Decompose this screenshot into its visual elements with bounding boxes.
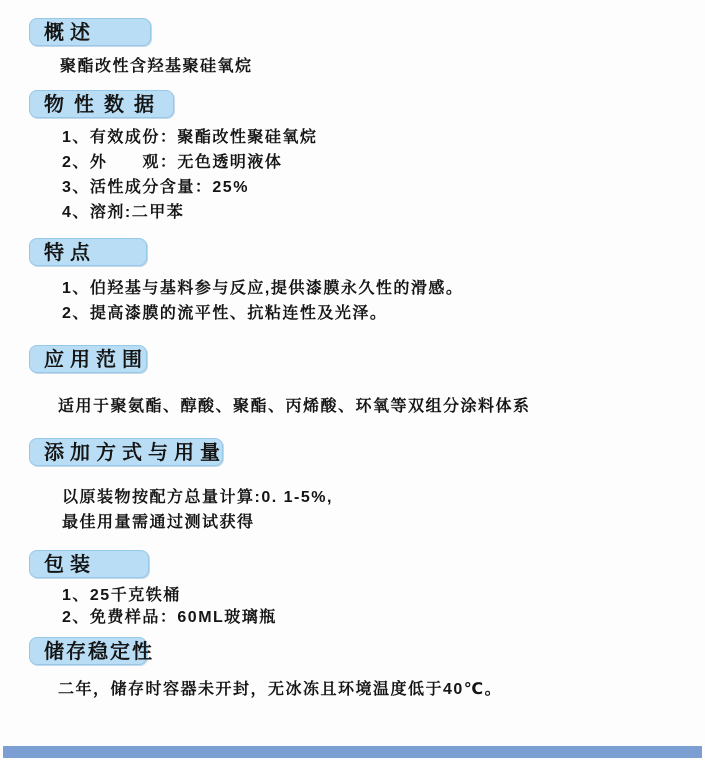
section-title-dosage: 添加方式与用量 — [29, 438, 223, 466]
section-title-features: 特点 — [29, 238, 147, 266]
footer-divider-bar — [3, 746, 702, 758]
body-line: 1、25千克铁桶 — [62, 585, 695, 607]
product-datasheet-page: { "colors": { "header_bg": "#b9ddf4", "h… — [0, 0, 705, 760]
section-body-physical-data: 1、有效成份：聚酯改性聚硅氧烷 2、外 观：无色透明液体 3、活性成分含量：25… — [29, 125, 695, 225]
body-line: 二年，储存时容器未开封，无冰冻且环境温度低于40℃。 — [58, 677, 695, 702]
body-line: 2、提高漆膜的流平性、抗粘连性及光泽。 — [62, 301, 695, 326]
section-body-storage-stability: 二年，储存时容器未开封，无冰冻且环境温度低于40℃。 — [29, 677, 695, 702]
section-title-packaging: 包装 — [29, 550, 149, 578]
section-physical-data: 物性数据 1、有效成份：聚酯改性聚硅氧烷 2、外 观：无色透明液体 3、活性成分… — [29, 90, 695, 225]
section-packaging: 包装 1、25千克铁桶 2、免费样品：60ML玻璃瓶 — [29, 550, 695, 629]
body-line: 1、有效成份：聚酯改性聚硅氧烷 — [62, 125, 695, 150]
section-storage-stability: 储存稳定性 二年，储存时容器未开封，无冰冻且环境温度低于40℃。 — [29, 637, 695, 702]
section-body-application-range: 适用于聚氨酯、醇酸、聚酯、丙烯酸、环氧等双组分涂料体系 — [29, 394, 695, 419]
section-body-features: 1、伯羟基与基料参与反应,提供漆膜永久性的滑感。 2、提高漆膜的流平性、抗粘连性… — [29, 276, 695, 326]
body-line: 3、活性成分含量：25% — [62, 175, 695, 200]
section-dosage: 添加方式与用量 以原装物按配方总量计算:0. 1-5%, 最佳用量需通过测试获得 — [29, 438, 695, 535]
section-body-overview: 聚酯改性含羟基聚硅氧烷 — [29, 54, 695, 79]
section-overview: 概述 聚酯改性含羟基聚硅氧烷 — [29, 18, 695, 79]
body-line: 以原装物按配方总量计算:0. 1-5%, — [62, 485, 695, 510]
section-application-range: 应用范围 适用于聚氨酯、醇酸、聚酯、丙烯酸、环氧等双组分涂料体系 — [29, 345, 695, 419]
body-line: 适用于聚氨酯、醇酸、聚酯、丙烯酸、环氧等双组分涂料体系 — [58, 394, 695, 419]
section-body-packaging: 1、25千克铁桶 2、免费样品：60ML玻璃瓶 — [29, 585, 695, 629]
section-title-storage-stability: 储存稳定性 — [29, 637, 147, 665]
section-title-application-range: 应用范围 — [29, 345, 147, 373]
body-line: 2、外 观：无色透明液体 — [62, 150, 695, 175]
section-title-overview: 概述 — [29, 18, 151, 46]
section-title-physical-data: 物性数据 — [29, 90, 174, 118]
body-line: 聚酯改性含羟基聚硅氧烷 — [60, 54, 695, 79]
body-line: 4、溶剂:二甲苯 — [62, 200, 695, 225]
body-line: 最佳用量需通过测试获得 — [62, 510, 695, 535]
body-line: 1、伯羟基与基料参与反应,提供漆膜永久性的滑感。 — [62, 276, 695, 301]
section-features: 特点 1、伯羟基与基料参与反应,提供漆膜永久性的滑感。 2、提高漆膜的流平性、抗… — [29, 238, 695, 326]
section-body-dosage: 以原装物按配方总量计算:0. 1-5%, 最佳用量需通过测试获得 — [29, 485, 695, 535]
body-line: 2、免费样品：60ML玻璃瓶 — [62, 607, 695, 629]
